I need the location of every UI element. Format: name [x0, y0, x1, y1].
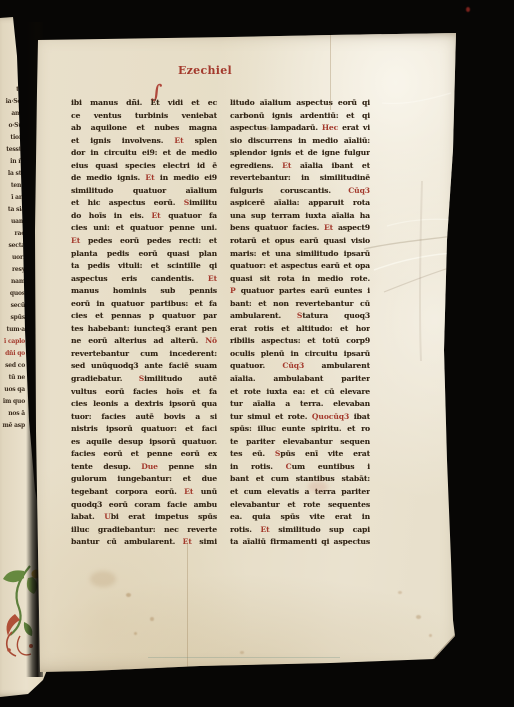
rubricated-capital: S [297, 311, 302, 320]
stain [90, 571, 116, 587]
text-line: maris: et una similitudo ipsarū [230, 248, 370, 261]
text-line: gulorum iungebantur: et due [71, 473, 217, 486]
edge-text-fragment: secū [1, 300, 25, 312]
text-line: bant et cum stantibus stabāt: [230, 473, 370, 486]
text-line: tuor: facies autē bovis a si [71, 411, 217, 424]
rubricated-capital: S [139, 374, 144, 383]
text-line: eius quasi species electri id ē [71, 160, 217, 173]
text-line: te pariter elevabantur sequen [230, 436, 370, 449]
manuscript-photograph: tatia·Sedamoo·Suttiomtesstain ñtla state… [0, 0, 514, 707]
edge-text-fragment: secta [1, 240, 25, 252]
edge-text-fragment: tum·a [1, 324, 25, 336]
text-line: sio discurrens in medio aīaliū: [230, 135, 370, 148]
edge-text-fragment: resy [1, 264, 25, 276]
text-line: cies uni: et quatuor penne uni. [71, 222, 217, 235]
text-line: facies eorū et penne eorū ex [71, 448, 217, 461]
text-line: rotarū et opus earū quasi visio [230, 235, 370, 248]
text-line: litudo aīalium aspectus eorū qi [230, 97, 370, 110]
text-line: revertebantur: in similitudinē [230, 172, 370, 185]
text-line: aspectus lampadarū. Hec erat vi [230, 122, 370, 135]
ruling-line-bottom [187, 543, 188, 669]
text-line: similitudo quatuor aīalium [71, 185, 217, 198]
text-line: tegebant corpora eorū. Et unū [71, 486, 217, 499]
edge-text-fragment: sed co [1, 360, 25, 372]
text-line: cies et pennas p quatuor par [71, 310, 217, 323]
rubricated-capital: Cūq3 [282, 361, 304, 370]
foxing-spot [126, 593, 131, 597]
bottom-crease-line [148, 657, 340, 658]
text-line: es aquile desup ipsorū quatuor. [71, 436, 217, 449]
text-line: et hic aspectus eorū. Similitu [71, 197, 217, 210]
text-line: ambularent. Statura quoq3 [230, 310, 370, 323]
edge-text-fragment: teno [1, 180, 25, 192]
text-column-right: litudo aīalium aspectus eorū qicarbonū i… [230, 97, 370, 549]
text-line: cies leonis a dextris ipsorū qua [71, 398, 217, 411]
edge-text-fragment: im quo [1, 396, 25, 408]
text-line: ab aquilone et nubes magna [71, 122, 217, 135]
text-line: erat rotis et altitudo: et hor [230, 323, 370, 336]
rubricated-capital: P [230, 286, 236, 295]
text-line: manus hominis sub pennis [71, 285, 217, 298]
foxing-spot [416, 615, 421, 619]
text-line: fulguris coruscantis. Cūq3 [230, 185, 370, 198]
edge-text-fragment: amo [1, 108, 25, 120]
text-line: labat. Ubi erat impetus spūs [71, 511, 217, 524]
edge-text-fragment: tiom [1, 132, 25, 144]
edge-text-fragment: dñi qo [1, 348, 25, 360]
text-line: tur simul et rote. Quocūq3 ibat [230, 411, 370, 424]
text-line: egrediens. Et aīalia ibant et [230, 160, 370, 173]
text-line: ta pedis vituli: et scintille qi [71, 260, 217, 273]
edge-text-fragment: ta sia [1, 204, 25, 216]
running-title: Ezechiel [160, 64, 250, 77]
text-line: ribilis aspectus: et totū corp9 [230, 335, 370, 348]
text-line: carbonū ignis ardentiū: et qi [230, 110, 370, 123]
edge-text-fragment: ī caplo [1, 336, 25, 348]
rubricated-capital: Et [184, 487, 193, 496]
text-line: dor in circuitu ei9: et de medio [71, 147, 217, 160]
text-line: P quatuor partes earū euntes i [230, 285, 370, 298]
red-speck [466, 7, 470, 12]
text-line: ibi manus dñi. Et vidi et ec [71, 97, 217, 110]
text-line: de medio ignis. Et in medio ei9 [71, 172, 217, 185]
rubricated-capital: Et [174, 136, 183, 145]
manuscript-page: Ezechiel ∫ ibi manus dñi. Et vidi et ecc… [30, 31, 460, 673]
text-line: ea. quia spūs vite erat in [230, 511, 370, 524]
previous-leaf-text-fragments: tatia·Sedamoo·Suttiomtesstain ñtla state… [1, 84, 25, 432]
foxing-spot [398, 591, 402, 594]
edge-text-fragment: tat [1, 84, 25, 96]
text-line: revertebantur cum incederent: [71, 348, 217, 361]
rubricated-capital: C [286, 462, 292, 471]
text-line: elevabantur et rote sequentes [230, 499, 370, 512]
edge-text-fragment: ī am [1, 192, 25, 204]
stain [308, 481, 328, 493]
edge-text-fragment: mē asp [1, 420, 25, 432]
text-line: rotis. Et similitudo sup capi [230, 524, 370, 537]
text-line: tente desup. Due penne sin [71, 461, 217, 474]
edge-text-fragment: quos [1, 288, 25, 300]
edge-text-fragment: tessta [1, 144, 25, 156]
text-line: aspectus eris candentis. Et [71, 273, 217, 286]
rubricated-capital: Et [282, 161, 291, 170]
text-line: tur aīalia a terra. elevaban [230, 398, 370, 411]
text-line: Et pedes eorū pedes recti: et [71, 235, 217, 248]
text-column-left: ibi manus dñi. Et vidi et ecce ventus tu… [71, 97, 217, 549]
text-line: spūs: illuc eunte spiritu. et ro [230, 423, 370, 436]
text-line: nistris ipsorū quatuor: et faci [71, 423, 217, 436]
edge-text-fragment: tū ne [1, 372, 25, 384]
text-line: ne eorū alterius ad alterū. Nō [71, 335, 217, 348]
edge-text-fragment: ia·Sed [1, 96, 25, 108]
rubricated-capital: S [184, 198, 189, 207]
text-line: aspicerē aīalia: apparuit rota [230, 197, 370, 210]
edge-text-fragment: la sta [1, 168, 25, 180]
text-line: vultus eorū facies hoīs et fa [71, 386, 217, 399]
edge-text-fragment: spūs [1, 312, 25, 324]
edge-text-fragment: uori [1, 252, 25, 264]
text-line: sed unūquodq3 ante faciē suam [71, 360, 217, 373]
text-line: eorū in quatuor partibus: et fa [71, 298, 217, 311]
foxing-spot [150, 617, 154, 621]
rubricated-capital: Due [141, 462, 158, 471]
rubricated-capital: Et [208, 274, 217, 283]
text-line: bantur cū ambularent. Et simi [71, 536, 217, 549]
edge-text-fragment: in ñt [1, 156, 25, 168]
text-line: et rote iuxta ea: et cū elevare [230, 386, 370, 399]
rubricated-capital: Et [71, 236, 80, 245]
text-line: splendor ignis et de igne fulgur [230, 147, 370, 160]
edge-text-fragment: uos qa [1, 384, 25, 396]
rubricated-capital: Et [145, 173, 154, 182]
edge-text-fragment: o·Sut [1, 120, 25, 132]
text-line: et ignis involvens. Et splen [71, 135, 217, 148]
edge-text-fragment: nam [1, 276, 25, 288]
foxing-spot [266, 127, 269, 130]
rubricated-capital: Cūq3 [348, 186, 370, 195]
edge-text-fragment: uam [1, 216, 25, 228]
text-line: bant: et non revertebantur cū [230, 298, 370, 311]
rubricated-capital: S [275, 449, 280, 458]
foxing-spot [240, 651, 244, 654]
rubricated-capital: Et [151, 211, 160, 220]
ruling-line-top [330, 34, 331, 110]
edge-text-fragment: rao [1, 228, 25, 240]
text-line: bens quatuor facies. Et aspect9 [230, 222, 370, 235]
text-line: planta pedis eorū quasi plan [71, 248, 217, 261]
foxing-spot [134, 632, 137, 635]
text-line: quasi sit rota in medio rote. [230, 273, 370, 286]
rubricated-capital: Nō [205, 336, 217, 345]
text-line: quodq3 eorū coram facie ambu [71, 499, 217, 512]
text-line: do hoīs in eis. Et quatuor fa [71, 210, 217, 223]
text-line: ta aīaliū firmamenti qi aspectus [230, 536, 370, 549]
text-line: illuc gradiebantur: nec reverte [71, 524, 217, 537]
rubricated-capital: Hec [322, 123, 338, 132]
foxing-spot [429, 634, 432, 637]
rubricated-capital: U [104, 512, 111, 521]
text-line: tes habebant: iuncteq3 erant pen [71, 323, 217, 336]
text-line: tes eū. Spūs enī vite erat [230, 448, 370, 461]
rubricated-capital: Quocūq3 [312, 412, 349, 421]
text-line: ce ventus turbinis veniebat [71, 110, 217, 123]
text-line: in rotis. Cum euntibus i [230, 461, 370, 474]
text-line: gradiebatur. Similitudo autē [71, 373, 217, 386]
text-line: oculis plenū in circuitu ipsarū [230, 348, 370, 361]
rubricated-capital: Et [260, 525, 269, 534]
edge-text-fragment: nos ā [1, 408, 25, 420]
text-line: quatuor. Cūq3 ambularent [230, 360, 370, 373]
text-line: una sup terram iuxta aīalia ha [230, 210, 370, 223]
text-line: et cum elevatis a terra pariter [230, 486, 370, 499]
rubricated-capital: Et [324, 223, 333, 232]
text-line: quatuor: et aspectus earū et opa [230, 260, 370, 273]
text-line: aīalia. ambulabant pariter [230, 373, 370, 386]
